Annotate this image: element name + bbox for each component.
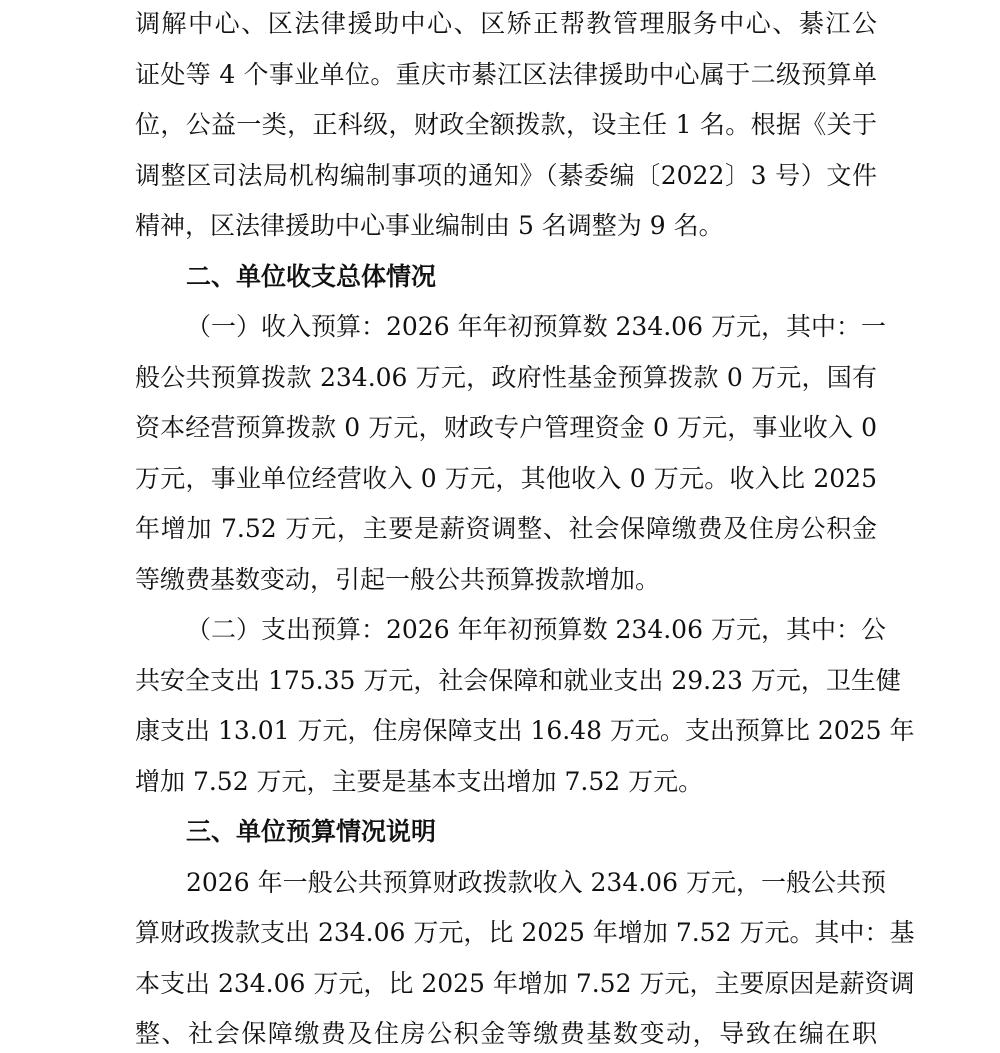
document-page: 调解中心、区法律援助中心、区矫正帮教管理服务中心、綦江公 证处等 4 个事业单位… <box>0 0 1000 1053</box>
paragraph-line: 调解中心、区法律援助中心、区矫正帮教管理服务中心、綦江公 <box>135 6 877 42</box>
paragraph-line: 年增加 7.52 万元，主要是薪资调整、社会保障缴费及住房公积金 <box>135 511 877 547</box>
paragraph-line: 般公共预算拨款 234.06 万元，政府性基金预算拨款 0 万元，国有 <box>135 360 877 396</box>
paragraph-line: 调整区司法局机构编制事项的通知》（綦委编〔2022〕3 号）文件 <box>135 158 877 194</box>
paragraph-line: （二）支出预算：2026 年年初预算数 234.06 万元，其中：公 <box>186 612 877 648</box>
paragraph-line: 证处等 4 个事业单位。重庆市綦江区法律援助中心属于二级预算单 <box>135 57 877 93</box>
paragraph-line: 万元，事业单位经营收入 0 万元，其他收入 0 万元。收入比 2025 <box>135 461 877 497</box>
paragraph-line: 资本经营预算拨款 0 万元，财政专户管理资金 0 万元，事业收入 0 <box>135 410 877 446</box>
paragraph-line: 本支出 234.06 万元，比 2025 年增加 7.52 万元，主要原因是薪资… <box>135 966 877 1002</box>
paragraph-line: 共安全支出 175.35 万元，社会保障和就业支出 29.23 万元，卫生健 <box>135 663 877 699</box>
paragraph-line: 精神，区法律援助中心事业编制由 5 名调整为 9 名。 <box>135 208 877 244</box>
paragraph-line: （一）收入预算：2026 年年初预算数 234.06 万元，其中：一 <box>186 309 877 345</box>
paragraph-line: 2026 年一般公共预算财政拨款收入 234.06 万元，一般公共预 <box>186 865 877 901</box>
paragraph-line: 康支出 13.01 万元，住房保障支出 16.48 万元。支出预算比 2025 … <box>135 713 877 749</box>
section-heading: 二、单位收支总体情况 <box>186 259 436 295</box>
paragraph-line: 整、社会保障缴费及住房公积金等缴费基数变动，导致在编在职 <box>135 1016 877 1052</box>
paragraph-line: 增加 7.52 万元，主要是基本支出增加 7.52 万元。 <box>135 764 877 800</box>
paragraph-line: 等缴费基数变动，引起一般公共预算拨款增加。 <box>135 562 877 598</box>
section-heading: 三、单位预算情况说明 <box>186 814 436 850</box>
paragraph-line: 位，公益一类，正科级，财政全额拨款，设主任 1 名。根据《关于 <box>135 107 877 143</box>
paragraph-line: 算财政拨款支出 234.06 万元，比 2025 年增加 7.52 万元。其中：… <box>135 915 877 951</box>
